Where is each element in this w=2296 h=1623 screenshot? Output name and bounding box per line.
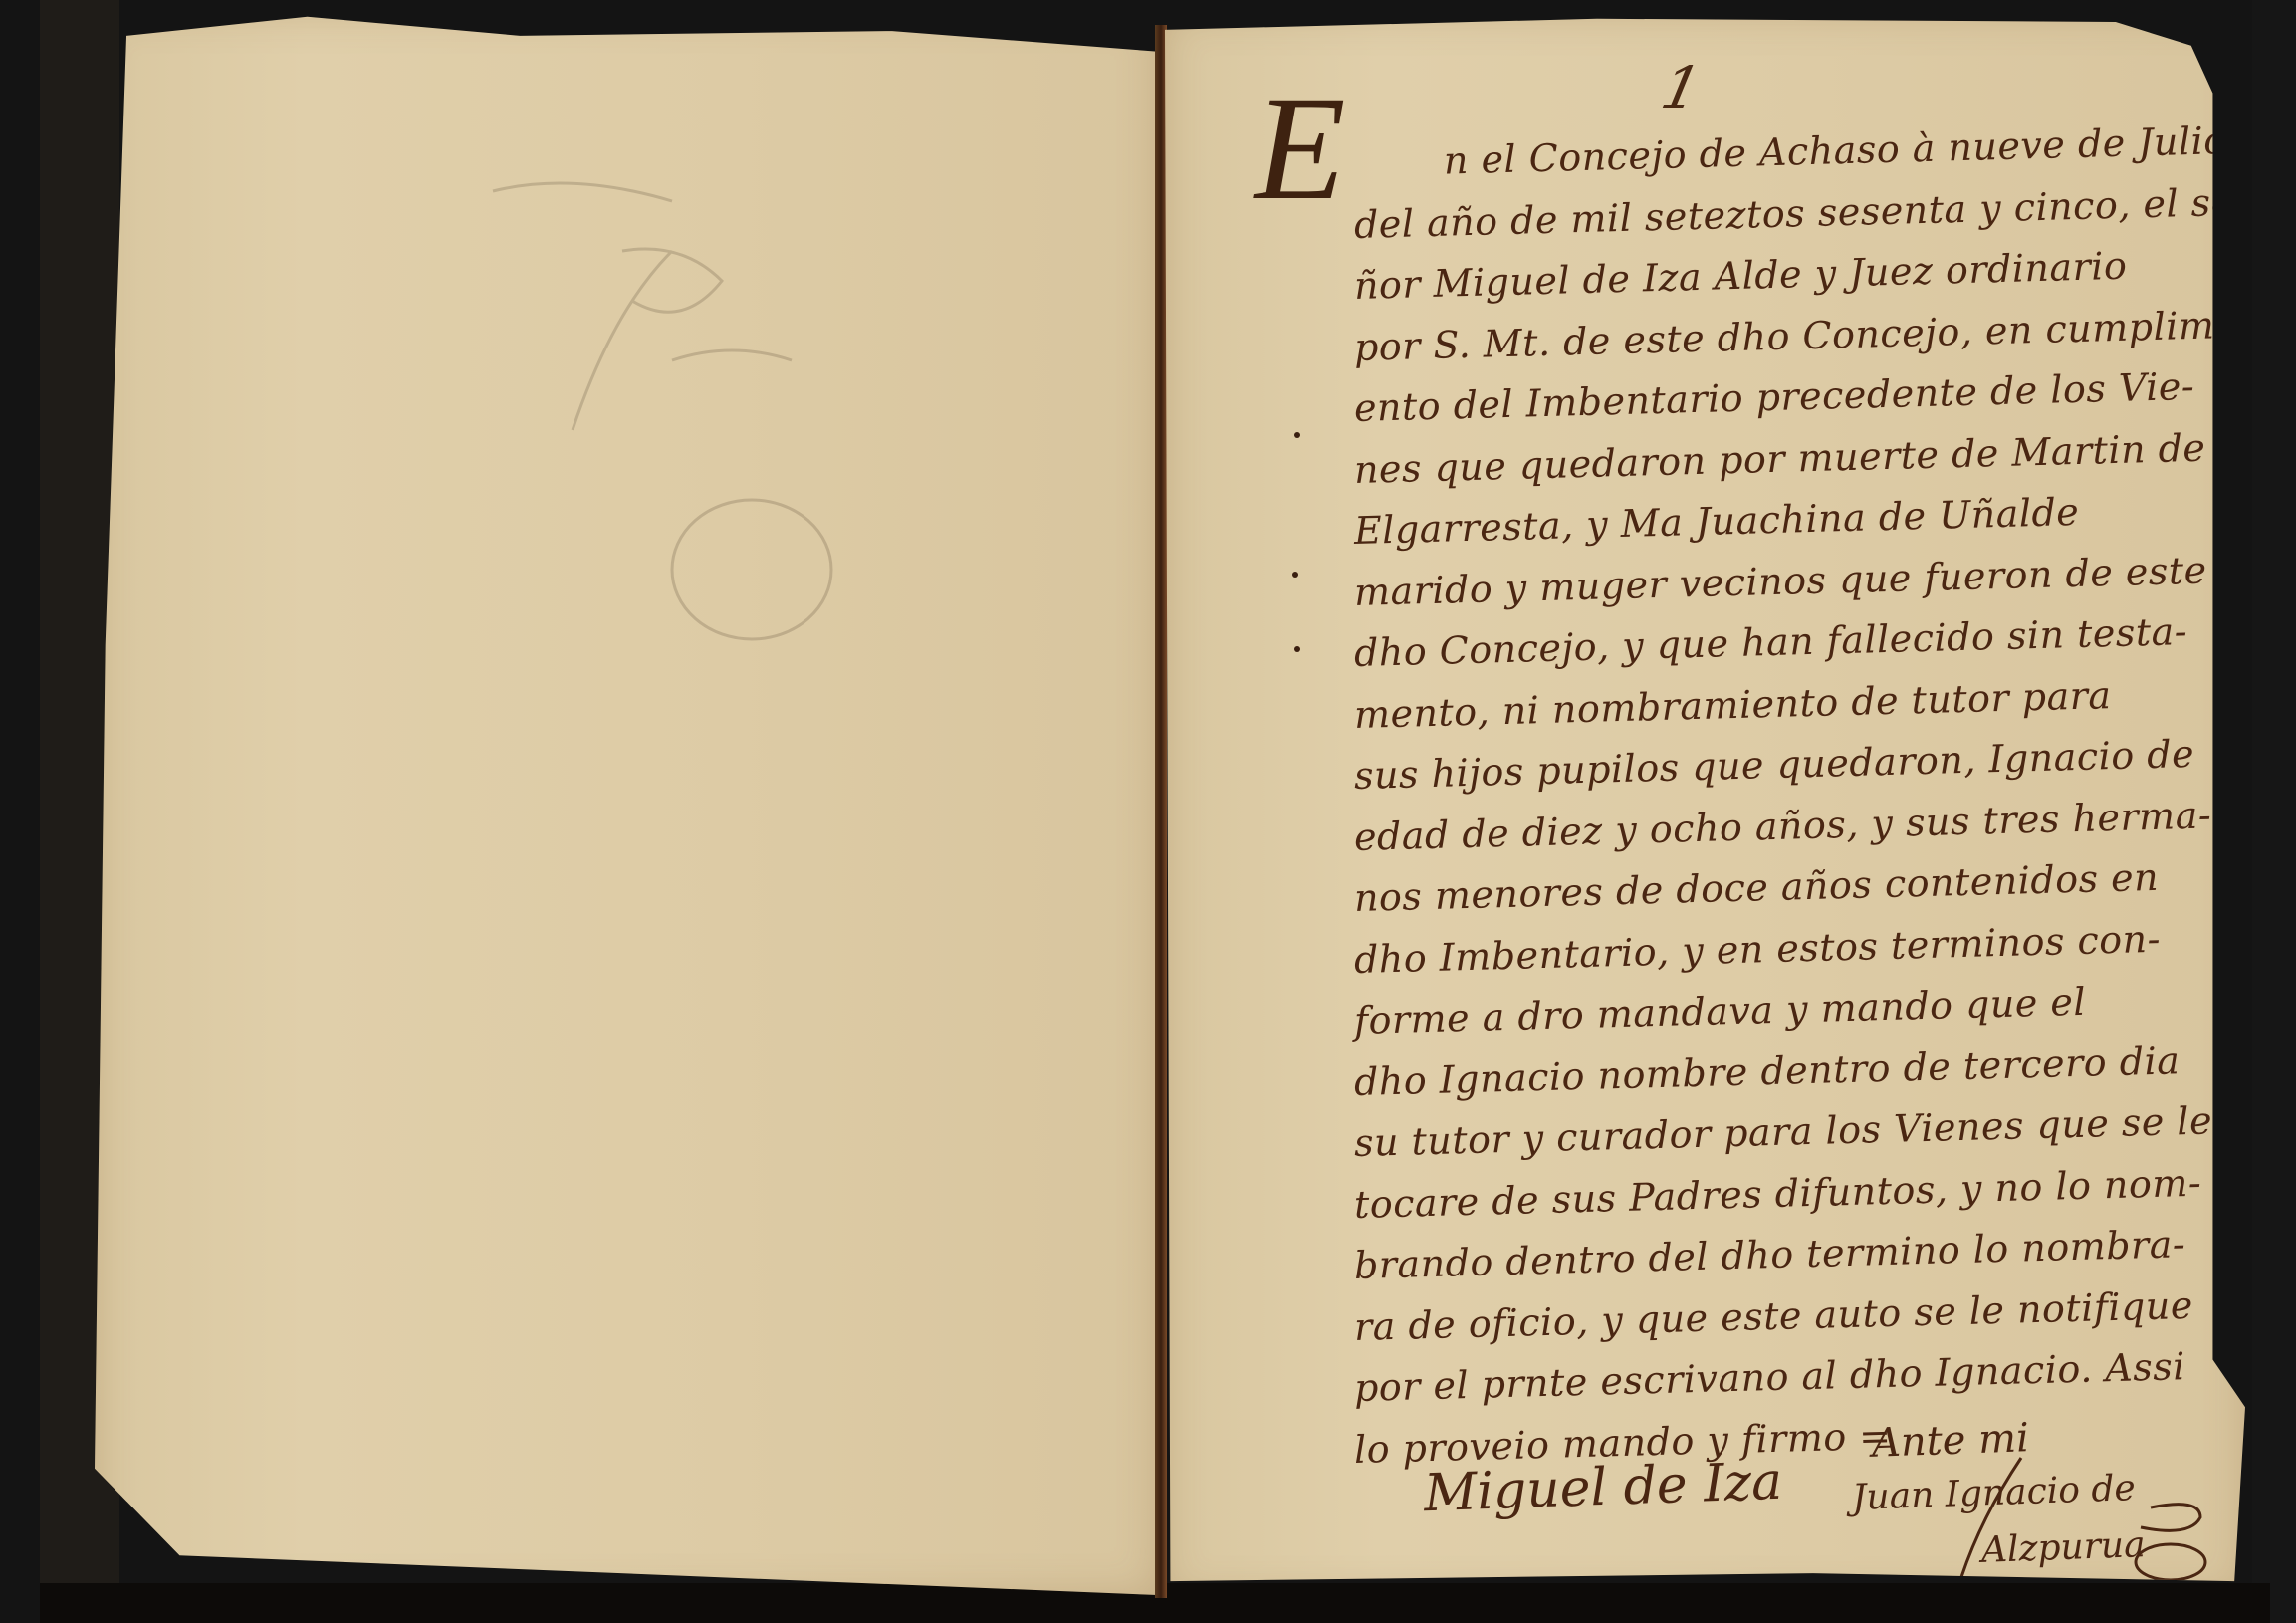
signature-block: Miguel de Iza Ante mi Juan Ignacio de Al… <box>1165 14 2245 1597</box>
right-page-manuscript: 1 E n el Concejo de Achaso à nueve de Ju… <box>1165 14 2245 1597</box>
book-gutter <box>1155 25 1167 1598</box>
bleed-through-ink <box>423 131 921 689</box>
dark-backdrop-right <box>2252 0 2296 1623</box>
signature-flourish-icon <box>1922 1448 2220 1587</box>
left-page-blank <box>95 12 1158 1595</box>
signature-mayor: Miguel de Iza <box>1423 1452 1783 1524</box>
